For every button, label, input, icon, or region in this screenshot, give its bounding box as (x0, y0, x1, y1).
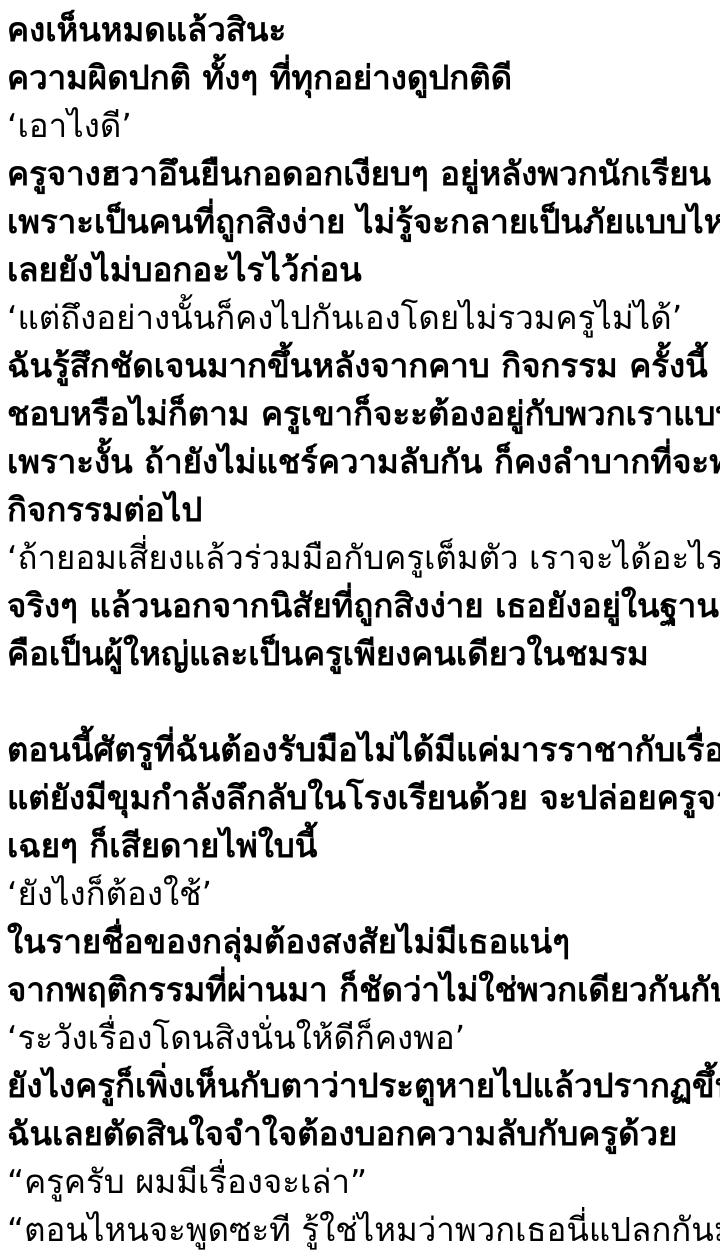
text-line: ชอบหรือไม่ก็ตาม ครูเขาก็จะะต้องอยู่กับพว… (7, 390, 716, 438)
text-line: “ครูครับ ผมมีเรื่องจะเล่า” (7, 1158, 716, 1206)
text-line: เพราะเป็นคนที่ถูกสิงง่าย ไม่รู้จะกลายเป็… (7, 198, 716, 246)
text-line: จากพฤติกรรมที่ผ่านมา ก็ชัดว่าไม่ใช่พวกเด… (7, 966, 716, 1014)
text-line: ในรายชื่อของกลุ่มต้องสงสัยไม่มีเธอแน่ๆ (7, 918, 716, 966)
text-line: ฉันรู้สึกชัดเจนมากขึ้นหลังจากคาบ กิจกรรม… (7, 342, 716, 390)
text-line: ความผิดปกติ ทั้งๆ ที่ทุกอย่างดูปกติดี (7, 54, 716, 102)
text-line: ยังไงครูก็เพิ่งเห็นกับตาว่าประตูหายไปแล้… (7, 1062, 716, 1110)
paragraph-gap (7, 678, 716, 726)
text-line: ‘ถ้ายอมเสี่ยงแล้วร่วมมือกับครูเต็มตัว เร… (7, 534, 716, 582)
text-line: กิจกรรมต่อไป (7, 486, 716, 534)
text-line: ‘เอาไงดี’ (7, 102, 716, 150)
text-line: “ตอนไหนจะพูดซะที รู้ใช่ไหมว่าพวกเธอนี่แป… (7, 1206, 716, 1250)
text-line: จริงๆ แล้วนอกจากนิสัยที่ถูกสิงง่าย เธอยั… (7, 582, 716, 630)
text-line: ตอนนี้ศัตรูที่ฉันต้องรับมือไม่ได้มีแค่มา… (7, 726, 716, 774)
text-line: คงเห็นหมดแล้วสินะ (7, 6, 716, 54)
text-line: คือเป็นผู้ใหญ่และเป็นครูเพียงคนเดียวในชม… (7, 630, 716, 678)
text-line: ‘ระวังเรื่องโดนสิงนั่นให้ดีก็คงพอ’ (7, 1014, 716, 1062)
text-line: แต่ยังมีขุมกำลังลึกลับในโรงเรียนด้วย จะป… (7, 774, 716, 822)
text-line: ‘ยังไงก็ต้องใช้’ (7, 870, 716, 918)
text-line: เฉยๆ ก็เสียดายไพ่ใบนี้ (7, 822, 716, 870)
novel-text-page: คงเห็นหมดแล้วสินะ ความผิดปกติ ทั้งๆ ที่ท… (0, 0, 720, 1250)
text-line: ‘แต่ถึงอย่างนั้นก็คงไปกันเองโดยไม่รวมครู… (7, 294, 716, 342)
text-line: ฉันเลยตัดสินใจจำใจต้องบอกความลับกับครูด้… (7, 1110, 716, 1158)
text-line: ครูจางฮวาอึนยืนกอดอกเงียบๆ อยู่หลังพวกนั… (7, 150, 716, 198)
text-line: เพราะงั้น ถ้ายังไม่แชร์ความลับกัน ก็คงลำ… (7, 438, 716, 486)
text-line: เลยยังไม่บอกอะไรไว้ก่อน (7, 246, 716, 294)
